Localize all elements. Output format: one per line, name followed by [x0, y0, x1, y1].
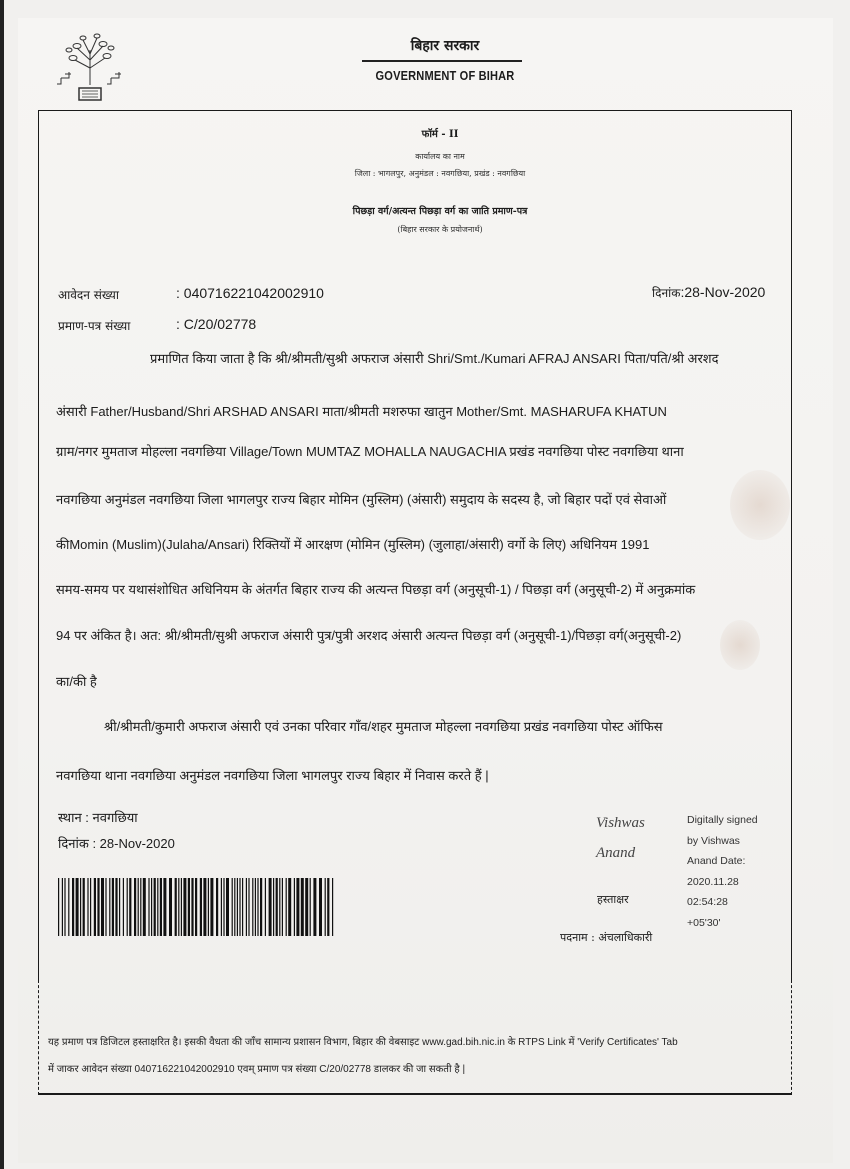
application-number-label: आवेदन संख्या — [58, 286, 119, 303]
issue-date: दिनांक : 28-Nov-2020 — [58, 834, 175, 852]
body-line: प्रमाणित किया जाता है कि श्री/श्रीमती/सु… — [150, 349, 830, 367]
issue-date-top: दिनांक:28-Nov-2020 — [652, 284, 765, 301]
signer-last-name: Anand — [596, 845, 635, 862]
date-value: :28-Nov-2020 — [680, 284, 765, 300]
certificate-number-label: प्रमाण-पत्र संख्या — [58, 317, 130, 334]
scan-edge — [0, 0, 4, 1169]
date-label: दिनांक — [652, 286, 680, 300]
digital-signature-block: Digitally signed by Vishwas Anand Date: … — [687, 810, 758, 933]
digital-sign-line: Anand Date: — [687, 851, 758, 872]
form-number: फॉर्म - II — [240, 126, 640, 140]
signer-first-name: Vishwas — [596, 815, 645, 832]
govt-english-title: GOVERNMENT OF BIHAR — [369, 68, 522, 83]
digital-sign-line: by Vishwas — [687, 831, 758, 852]
certificate-number-value: : C/20/02778 — [176, 316, 256, 332]
digital-sign-line: Digitally signed — [687, 810, 758, 831]
designation: पदनाम : अंचलाधिकारी — [560, 930, 652, 945]
body-line: 94 पर अंकित है। अत: श्री/श्रीमती/सुश्री … — [56, 626, 826, 644]
digital-sign-line: 02:54:28 — [687, 892, 758, 913]
body-line: का/की है — [56, 672, 826, 690]
issue-place: स्थान : नवगछिया — [58, 808, 138, 826]
digital-sign-line: 2020.11.28 — [687, 872, 758, 893]
application-number-value: : 040716221042002910 — [176, 285, 324, 301]
signature-label: हस्ताक्षर — [597, 892, 629, 907]
certificate-title: पिछड़ा वर्ग/अत्यन्त पिछड़ा वर्ग का जाति … — [240, 204, 640, 217]
body-line: अंसारी Father/Husband/Shri ARSHAD ANSARI… — [56, 402, 826, 420]
district-line: जिला : भागलपुर, अनुमंडल : नवगछिया, प्रखं… — [240, 168, 640, 179]
body-line: ग्राम/नगर मुमताज मोहल्ला नवगछिया Village… — [56, 442, 826, 460]
barcode-icon — [58, 878, 334, 936]
body-line: समय-समय पर यथासंशोधित अधिनियम के अंतर्गत… — [56, 580, 826, 598]
office-label: कार्यालय का नाम — [240, 151, 640, 162]
residence-line: नवगछिया थाना नवगछिया अनुमंडल नवगछिया जिल… — [56, 766, 826, 784]
body-line: कीMomin (Muslim)(Julaha/Ansari) रिक्तियो… — [56, 535, 826, 553]
body-line: नवगछिया अनुमंडल नवगछिया जिला भागलपुर राज… — [56, 490, 826, 508]
residence-line: श्री/श्रीमती/कुमारी अफराज अंसारी एवं उनक… — [104, 717, 824, 735]
header-divider — [362, 60, 522, 62]
bihar-emblem-icon — [55, 30, 125, 105]
verification-note-line1: यह प्रमाण पत्र डिजिटल हस्ताक्षरित है। इस… — [48, 1034, 678, 1048]
digital-sign-line: +05'30' — [687, 913, 758, 934]
certificate-purpose: (बिहार सरकार के प्रयोजनार्थ) — [240, 224, 640, 235]
govt-hindi-title: बिहार सरकार — [365, 36, 525, 55]
verification-note-line2: में जाकर आवेदन संख्या 040716221042002910… — [48, 1061, 465, 1075]
